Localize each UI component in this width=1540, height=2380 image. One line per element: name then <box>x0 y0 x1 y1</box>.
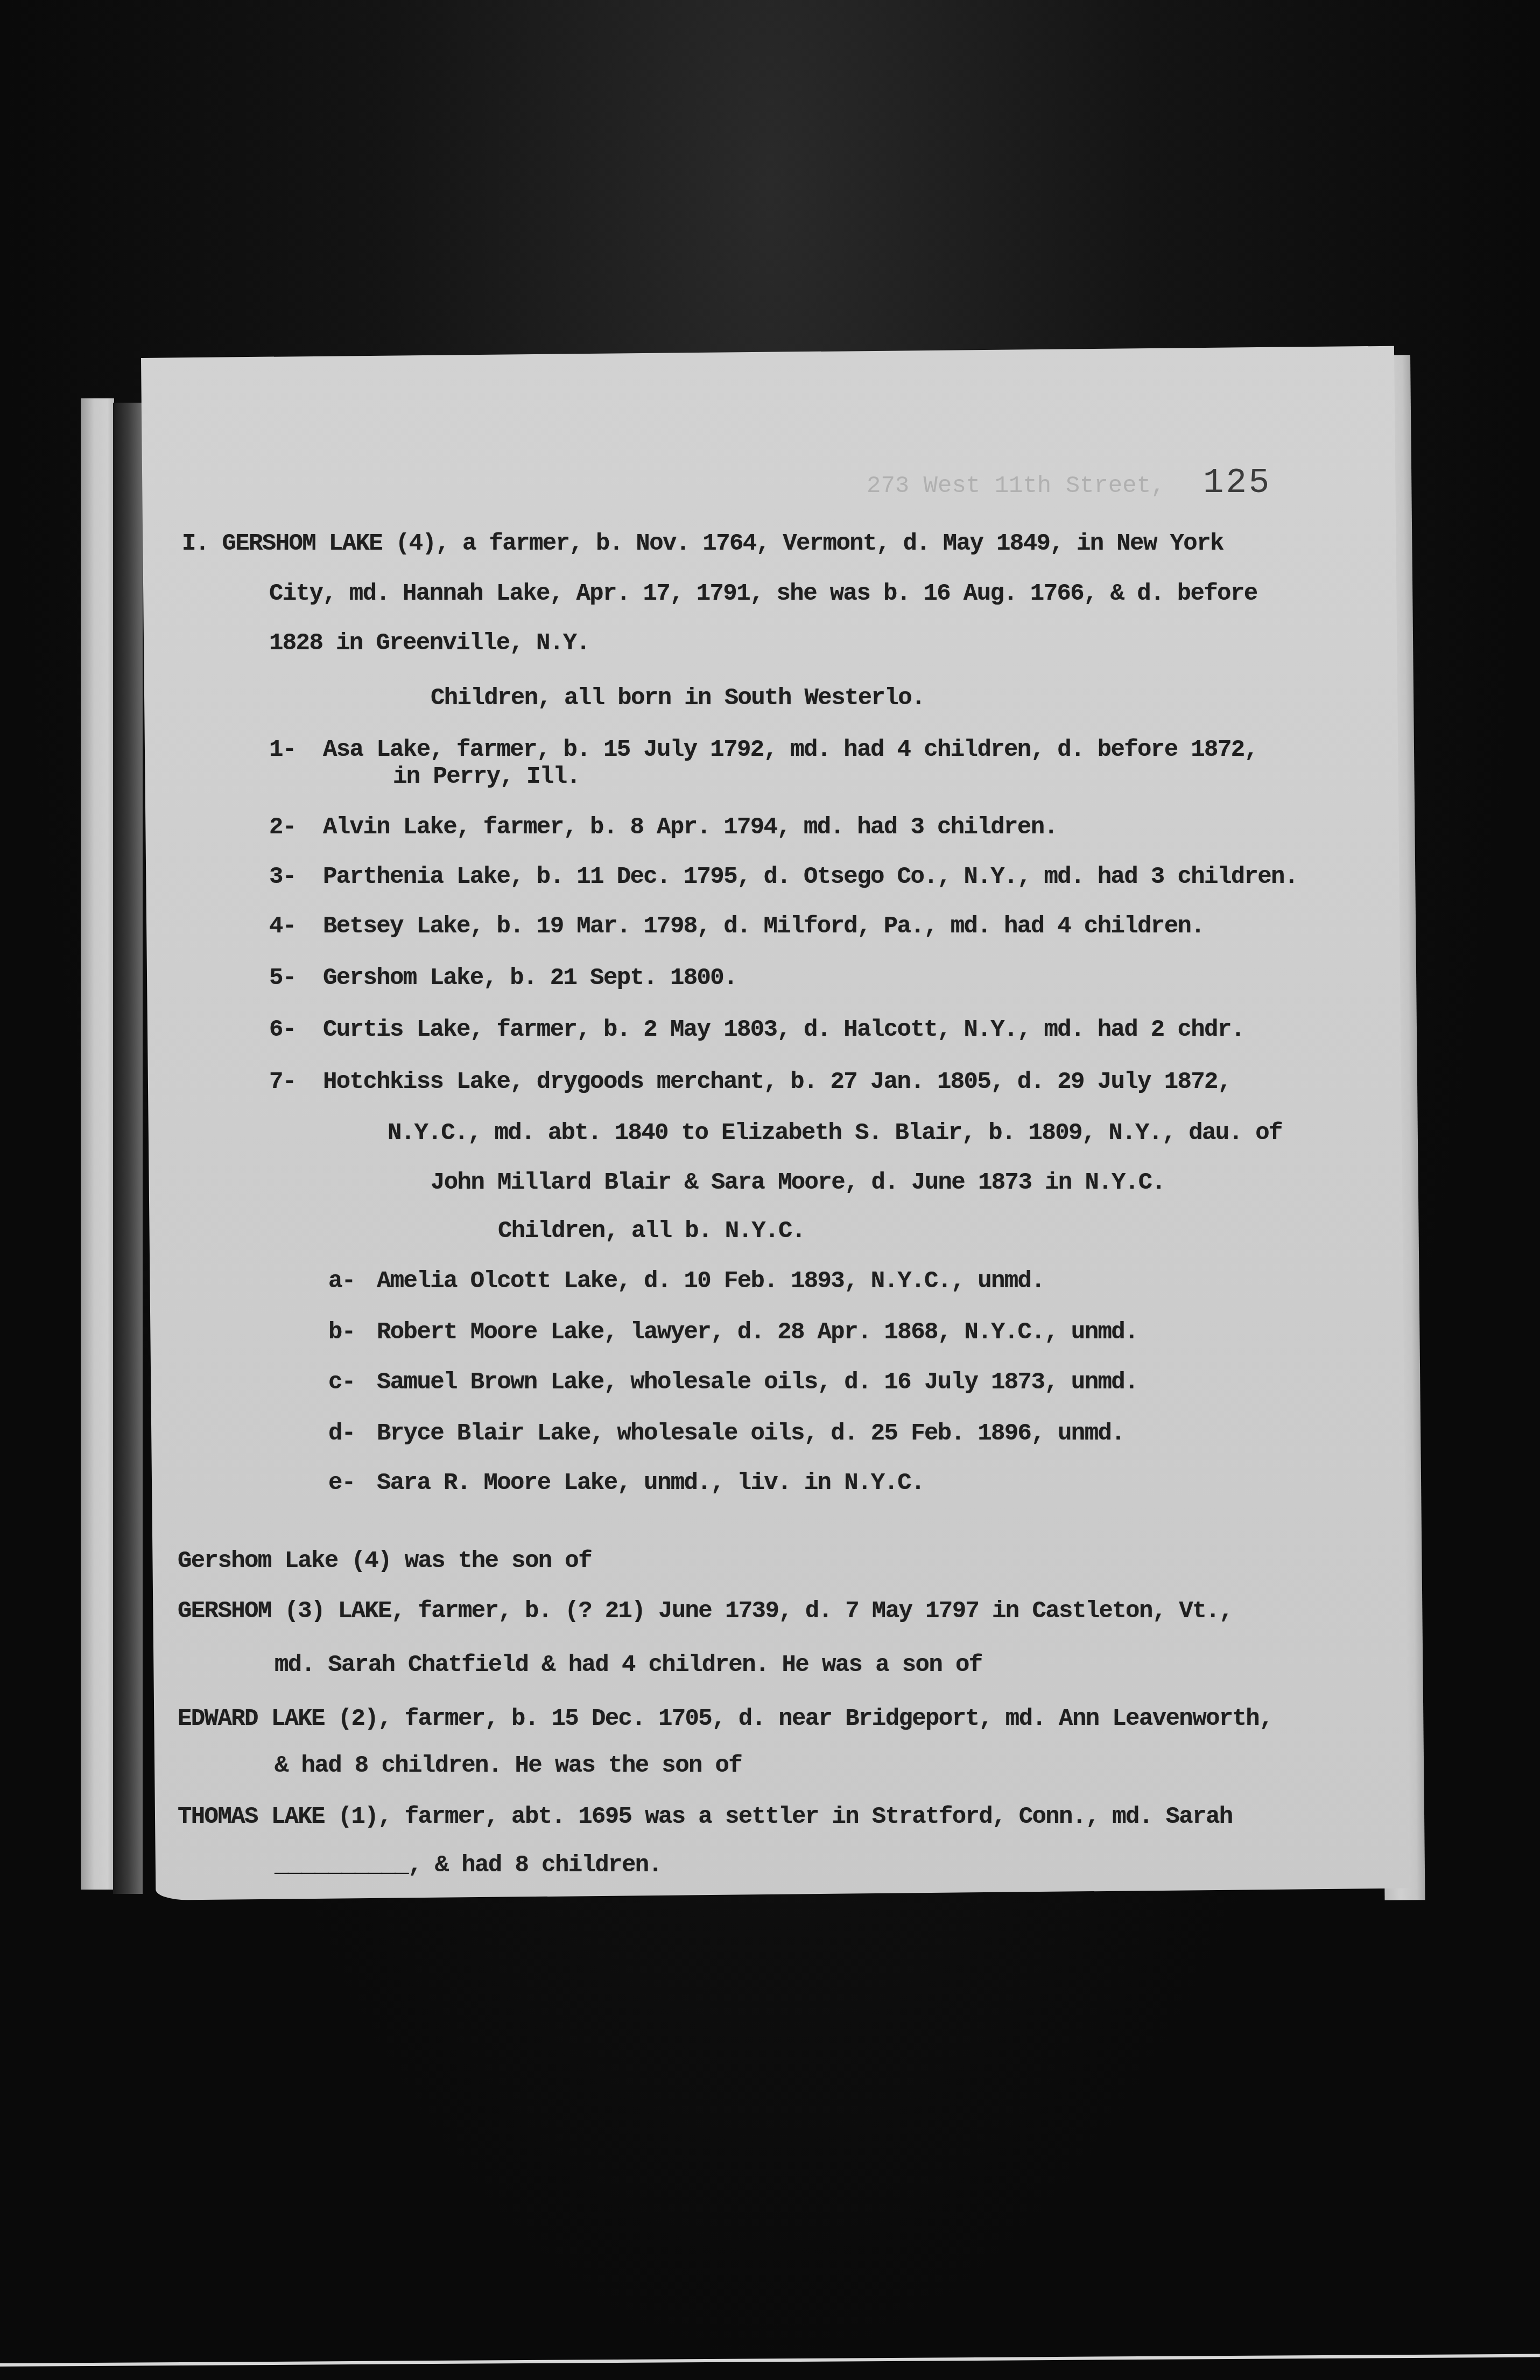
child-entry: Alvin Lake, farmer, b. 8 Apr. 1794, md. … <box>323 814 1057 841</box>
child-marker: 5- <box>269 965 296 992</box>
lineage-gershom3-line2: md. Sarah Chatfield & had 4 children. He… <box>275 1652 982 1679</box>
lineage-gershom3-line1: GERSHOM (3) LAKE, farmer, b. (? 21) June… <box>178 1598 1233 1625</box>
grandchild-marker: b- <box>328 1319 355 1346</box>
child-entry: Hotchkiss Lake, drygoods merchant, b. 27… <box>323 1069 1231 1096</box>
facing-page-edge <box>81 398 114 1890</box>
lineage-edward2-line1: EDWARD LAKE (2), farmer, b. 15 Dec. 1705… <box>178 1705 1272 1732</box>
child-entry-cont: John Millard Blair & Sara Moore, d. June… <box>431 1169 1165 1196</box>
grandchild-marker: e- <box>328 1470 355 1497</box>
grandchild-entry: Bryce Blair Lake, wholesale oils, d. 25 … <box>377 1420 1124 1447</box>
child-entry: Betsey Lake, b. 19 Mar. 1798, d. Milford… <box>323 913 1204 940</box>
child-marker: 3- <box>269 863 296 890</box>
child-marker: 1- <box>269 736 296 763</box>
child-marker: 4- <box>269 913 296 940</box>
child-entry-cont: N.Y.C., md. abt. 1840 to Elizabeth S. Bl… <box>388 1120 1282 1147</box>
child-entry: Asa Lake, farmer, b. 15 July 1792, md. h… <box>323 736 1257 763</box>
grandchildren-heading: Children, all b. N.Y.C. <box>498 1218 805 1245</box>
entry-line-3: 1828 in Greenville, N.Y. <box>269 630 589 657</box>
child-entry: Curtis Lake, farmer, b. 2 May 1803, d. H… <box>323 1016 1244 1043</box>
page-number: 125 <box>1203 464 1271 503</box>
grandchild-entry: Robert Moore Lake, lawyer, d. 28 Apr. 18… <box>377 1319 1138 1346</box>
bleed-through-letterhead: 273 West 11th Street, <box>867 473 1165 500</box>
child-entry: Parthenia Lake, b. 11 Dec. 1795, d. Otse… <box>323 863 1298 890</box>
children-heading: Children, all born in South Westerlo. <box>431 685 925 712</box>
entry-line-2: City, md. Hannah Lake, Apr. 17, 1791, sh… <box>269 580 1257 607</box>
child-entry: Gershom Lake, b. 21 Sept. 1800. <box>323 965 737 992</box>
grandchild-marker: c- <box>328 1369 355 1396</box>
grandchild-marker: a- <box>328 1268 355 1295</box>
grandchild-marker: d- <box>328 1420 355 1447</box>
lineage-intro: Gershom Lake (4) was the son of <box>178 1548 592 1575</box>
grandchild-entry: Amelia Olcott Lake, d. 10 Feb. 1893, N.Y… <box>377 1268 1044 1295</box>
child-marker: 6- <box>269 1016 296 1043</box>
binding-gutter <box>113 403 143 1894</box>
lineage-edward2-line2: & had 8 children. He was the son of <box>275 1752 742 1779</box>
grandchild-entry: Sara R. Moore Lake, unmd., liv. in N.Y.C… <box>377 1470 924 1497</box>
lineage-thomas1-line1: THOMAS LAKE (1), farmer, abt. 1695 was a… <box>178 1803 1233 1830</box>
grandchild-entry: Samuel Brown Lake, wholesale oils, d. 16… <box>377 1369 1138 1396</box>
child-marker: 2- <box>269 814 296 841</box>
child-entry-cont: in Perry, Ill. <box>393 763 580 790</box>
child-marker: 7- <box>269 1069 296 1096</box>
entry-line-1: I. GERSHOM LAKE (4), a farmer, b. Nov. 1… <box>182 530 1223 557</box>
lineage-thomas1-line2: __________, & had 8 children. <box>275 1852 662 1879</box>
